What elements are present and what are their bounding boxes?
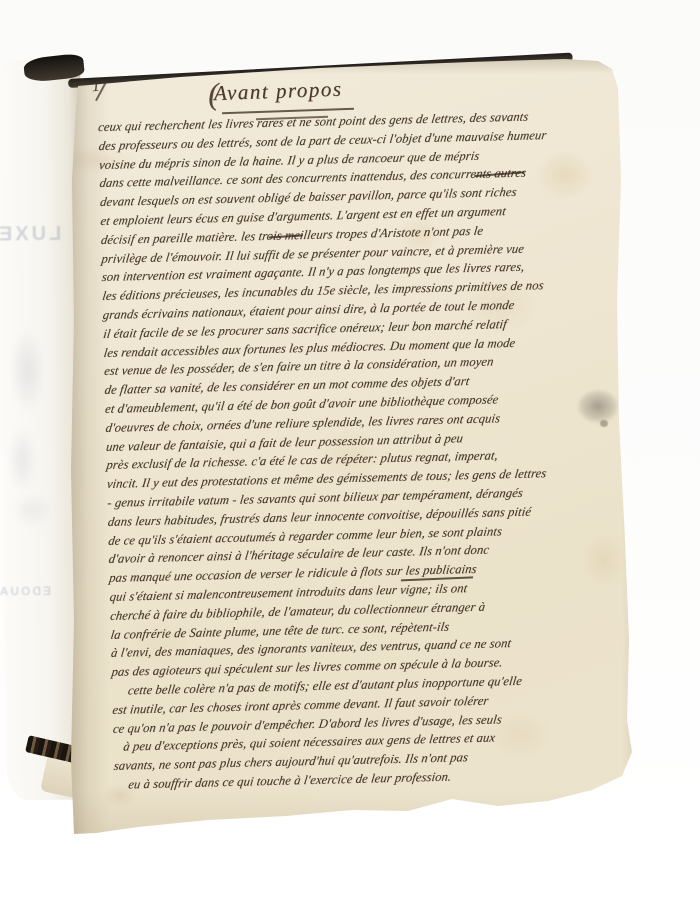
showthrough-text-luxe: LUXE xyxy=(0,223,61,247)
page-title: (Avant propos xyxy=(207,72,343,113)
manuscript-page: 1 (Avant propos ceux qui recherchent les… xyxy=(0,0,700,913)
photo-background: LUXE EDOUA 1 (Avant propos ceux qui rech… xyxy=(0,0,700,913)
page-title-text: Avant propos xyxy=(213,77,342,105)
ink-blot-small xyxy=(634,430,652,446)
showthrough-text-edoua: EDOUA xyxy=(0,584,51,599)
showthrough-illustration xyxy=(1,310,67,531)
manuscript-text: ceux qui recherchent les livres rares et… xyxy=(98,105,644,794)
